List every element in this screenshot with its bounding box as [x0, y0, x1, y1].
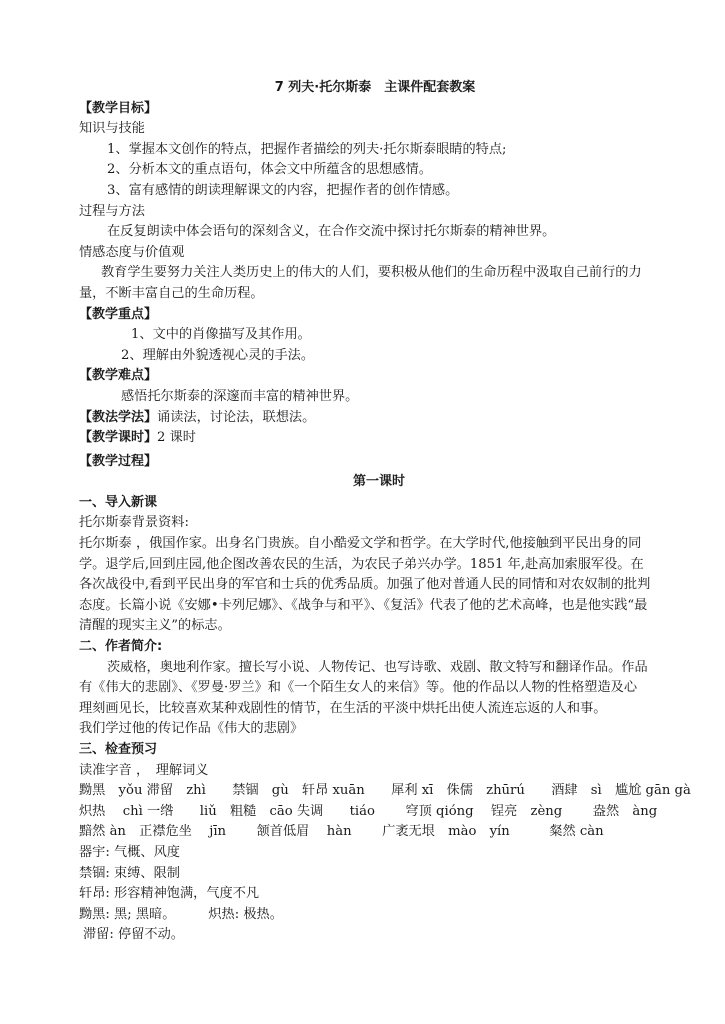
section2-line: 有《伟大的悲剧》、《罗曼·罗兰》和《一个陌生女人的来信》等。他的作品以人物的性格… [79, 678, 649, 699]
section1-line: 托尔斯泰 ，俄国作家。出身名门贵族。自小酷爱文学和哲学。在大学时代,他接触到平民… [79, 534, 649, 555]
emotion-text: 教育学生要努力关注人类历史上的伟大的人们，要积极从他们的生命历程中汲取自己前行的… [79, 263, 649, 284]
section1-heading: 一、导入新课 [79, 493, 649, 514]
document-title: 7 列夫·托尔斯泰 主课件配套教案 [79, 78, 649, 99]
section1-line: 态度。长篇小说《安娜•卡列尼娜》、《战争与和平》、《复活》代表了他的艺术高峰，也… [79, 596, 649, 617]
definition-line: 黝黑: 黑; 黑暗。 炽热: 极热。 [79, 905, 649, 926]
section2-line: 茨威格，奥地利作家。擅长写小说、人物传记、也写诗歌、戏剧、散文特写和翻译作品。作… [79, 658, 649, 679]
emotion-text: 量，不断丰富自己的生命历程。 [79, 284, 649, 305]
hours-line: 【教学课时】2 课时 [79, 428, 649, 449]
hours-heading: 【教学课时】 [79, 430, 157, 445]
key-points-heading: 【教学重点】 [79, 305, 649, 326]
key-point-item: 1、文中的肖像描写及其作用。 [79, 325, 649, 346]
knowledge-item: 1、掌握本文创作的特点，把握作者描绘的列夫·托尔斯泰眼睛的特点; [79, 140, 649, 161]
definition-line: 禁锢: 束缚、限制 [79, 864, 649, 885]
section2-line: 我们学过他的传记作品《伟大的悲剧》 [79, 719, 649, 740]
pinyin-row: 黯然 àn 正襟危坐 jīn 颔首低眉 hàn 广袤无垠 mào yín 粲然 … [79, 822, 649, 843]
section2-heading: 二、作者简介: [79, 637, 649, 658]
teaching-process-heading: 【教学过程】 [79, 452, 649, 473]
knowledge-item: 2、分析本文的重点语句，体会文中所蕴含的思想感情。 [79, 160, 649, 181]
process-method-text: 在反复朗读中体会语句的深刻含义，在合作交流中探讨托尔斯泰的精神世界。 [79, 222, 649, 243]
definition-line: 轩昂: 形容精神饱满，气度不凡 [79, 884, 649, 905]
knowledge-item: 3、富有感情的朗读理解课文的内容，把握作者的创作情感。 [79, 181, 649, 202]
definition-line: 器宇: 气概、风度 [79, 843, 649, 864]
section3-subheading: 读准字音 ， 理解词义 [79, 761, 649, 782]
document-page: 7 列夫·托尔斯泰 主课件配套教案 【教学目标】 知识与技能 1、掌握本文创作的… [79, 78, 649, 946]
methods-text: 诵读法，讨论法，联想法。 [157, 410, 315, 425]
definition-line: 滞留: 停留不动。 [79, 925, 649, 946]
knowledge-heading: 知识与技能 [79, 119, 649, 140]
methods-heading: 【教法学法】 [79, 410, 157, 425]
emotion-heading: 情感态度与价值观 [79, 243, 649, 264]
section1-line: 学。退学后,回到庄园,他企图改善农民的生活，为农民子弟兴办学。1851 年,赴高… [79, 555, 649, 576]
objectives-heading: 【教学目标】 [79, 99, 649, 120]
section1-subheading: 托尔斯泰背景资料: [79, 513, 649, 534]
process-method-heading: 过程与方法 [79, 202, 649, 223]
hours-text: 2 课时 [157, 430, 196, 445]
difficulties-heading: 【教学难点】 [79, 366, 649, 387]
pinyin-row: 黝黑 yǒu 滞留 zhì 禁锢 gù 轩昂 xuān 犀利 xī 侏儒 zhū… [79, 781, 649, 802]
lesson-title: 第一课时 [79, 472, 649, 493]
section3-heading: 三、检查预习 [79, 740, 649, 761]
key-point-item: 2、理解由外貌透视心灵的手法。 [79, 346, 649, 367]
section1-line: 各次战役中,看到平民出身的军官和士兵的优秀品质。加强了他对普通人民的同情和对农奴… [79, 575, 649, 596]
difficulties-text: 感悟托尔斯泰的深邃而丰富的精神世界。 [79, 387, 649, 408]
methods-line: 【教法学法】诵读法，讨论法，联想法。 [79, 408, 649, 429]
section1-line: 清醒的现实主义”的标志。 [79, 616, 649, 637]
pinyin-row: 炽热 chì 一绺 liǔ 粗糙 cāo 失调 tiáo 穹顶 qióng 锃亮… [79, 802, 649, 823]
section2-line: 理刻画见长，比较喜欢某种戏剧性的情节，在生活的平淡中烘托出使人流连忘返的人和事。 [79, 699, 649, 720]
